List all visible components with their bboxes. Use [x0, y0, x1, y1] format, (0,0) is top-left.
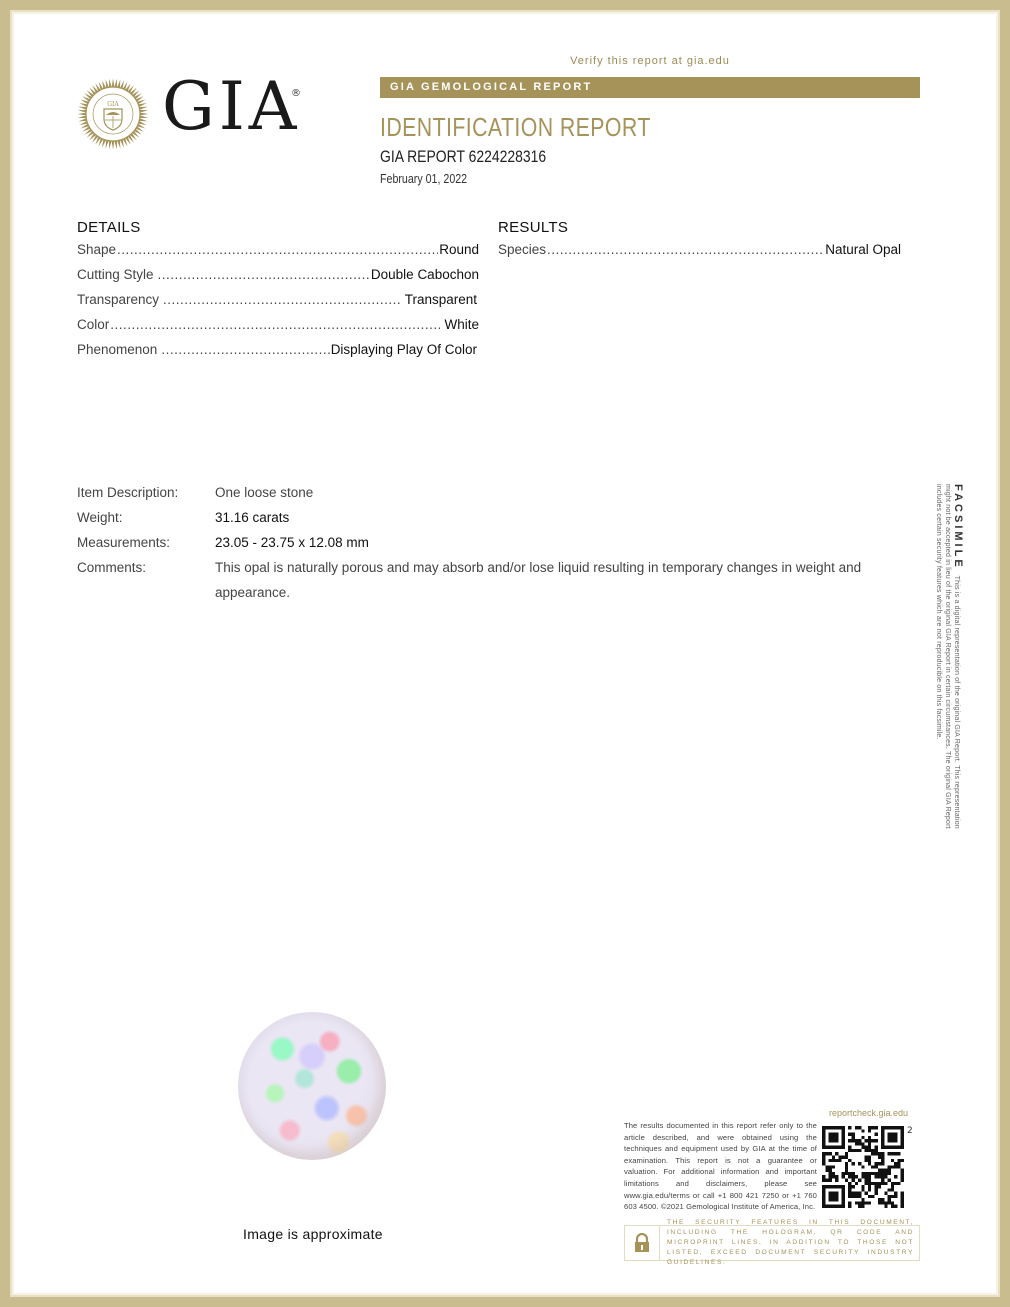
image-caption: Image is approximate	[243, 1226, 383, 1242]
details-row: Cutting StyleDouble Cabochon	[77, 267, 479, 292]
leader-dots	[158, 267, 370, 282]
result-value: Natural Opal	[825, 242, 901, 257]
detail-label: Transparency	[77, 292, 159, 307]
registered-mark: ®	[291, 88, 301, 99]
lock-icon	[625, 1226, 660, 1260]
reportcheck-link[interactable]: reportcheck.gia.edu	[829, 1108, 908, 1118]
description-row: Item Description:One loose stone	[77, 480, 907, 505]
description-row: Measurements:23.05 - 23.75 x 12.08 mm	[77, 530, 907, 555]
weight-value: 31.16 carats	[215, 505, 907, 530]
gia-seal-icon: GIA	[77, 78, 149, 150]
report-date: February 01, 2022	[380, 171, 467, 186]
security-text: THE SECURITY FEATURES IN THIS DOCUMENT, …	[660, 1218, 919, 1268]
item-description-section: Item Description:One loose stone Weight:…	[77, 480, 907, 605]
details-list: ShapeRound Cutting StyleDouble Cabochon …	[77, 242, 479, 367]
report-title: IDENTIFICATION REPORT	[380, 112, 651, 143]
qr-index: 2	[907, 1126, 913, 1136]
detail-value: Round	[439, 242, 479, 257]
detail-label: Phenomenon	[77, 342, 157, 357]
leader-dots	[161, 342, 329, 357]
opal-stone-image	[238, 1012, 386, 1160]
details-row: PhenomenonDisplaying Play Of Color	[77, 342, 477, 367]
qr-code-icon[interactable]	[822, 1126, 904, 1208]
disclaimer-text: The results documented in this report re…	[624, 1120, 817, 1213]
detail-value: White	[444, 317, 479, 332]
description-label: Comments:	[77, 555, 215, 605]
leader-dots	[117, 242, 438, 257]
detail-label: Shape	[77, 242, 116, 257]
facsimile-notice: FACSIMILEThis is a digital representatio…	[928, 484, 962, 829]
description-row: Weight:31.16 carats	[77, 505, 907, 530]
detail-label: Color	[77, 317, 109, 332]
results-heading: RESULTS	[498, 219, 568, 236]
results-row: SpeciesNatural Opal	[498, 242, 901, 267]
details-row: ShapeRound	[77, 242, 479, 267]
detail-value: Displaying Play Of Color	[331, 342, 477, 357]
security-notice: THE SECURITY FEATURES IN THIS DOCUMENT, …	[624, 1225, 920, 1261]
detail-value: Transparent	[405, 292, 477, 307]
leader-dots	[110, 317, 440, 332]
details-row: ColorWhite	[77, 317, 479, 342]
report-type-bar: GIA GEMOLOGICAL REPORT	[380, 77, 920, 98]
description-value: One loose stone	[215, 480, 907, 505]
svg-text:GIA: GIA	[107, 101, 119, 108]
measurements-value: 23.05 - 23.75 x 12.08 mm	[215, 530, 907, 555]
comments-value: This opal is naturally porous and may ab…	[215, 555, 907, 605]
description-row: Comments:This opal is naturally porous a…	[77, 555, 907, 605]
gia-logo-text: GIA	[162, 74, 300, 140]
facsimile-title: FACSIMILE	[952, 484, 964, 570]
results-list: SpeciesNatural Opal	[498, 242, 901, 267]
description-label: Measurements:	[77, 530, 215, 555]
detail-value: Double Cabochon	[371, 267, 479, 282]
result-label: Species	[498, 242, 546, 257]
details-row: TransparencyTransparent	[77, 292, 477, 317]
verify-link[interactable]: Verify this report at gia.edu	[380, 55, 920, 67]
detail-label: Cutting Style	[77, 267, 154, 282]
leader-dots	[163, 292, 401, 307]
report-number: GIA REPORT 6224228316	[380, 147, 546, 167]
description-label: Item Description:	[77, 480, 215, 505]
description-label: Weight:	[77, 505, 215, 530]
leader-dots	[547, 242, 822, 257]
details-heading: DETAILS	[77, 219, 141, 236]
